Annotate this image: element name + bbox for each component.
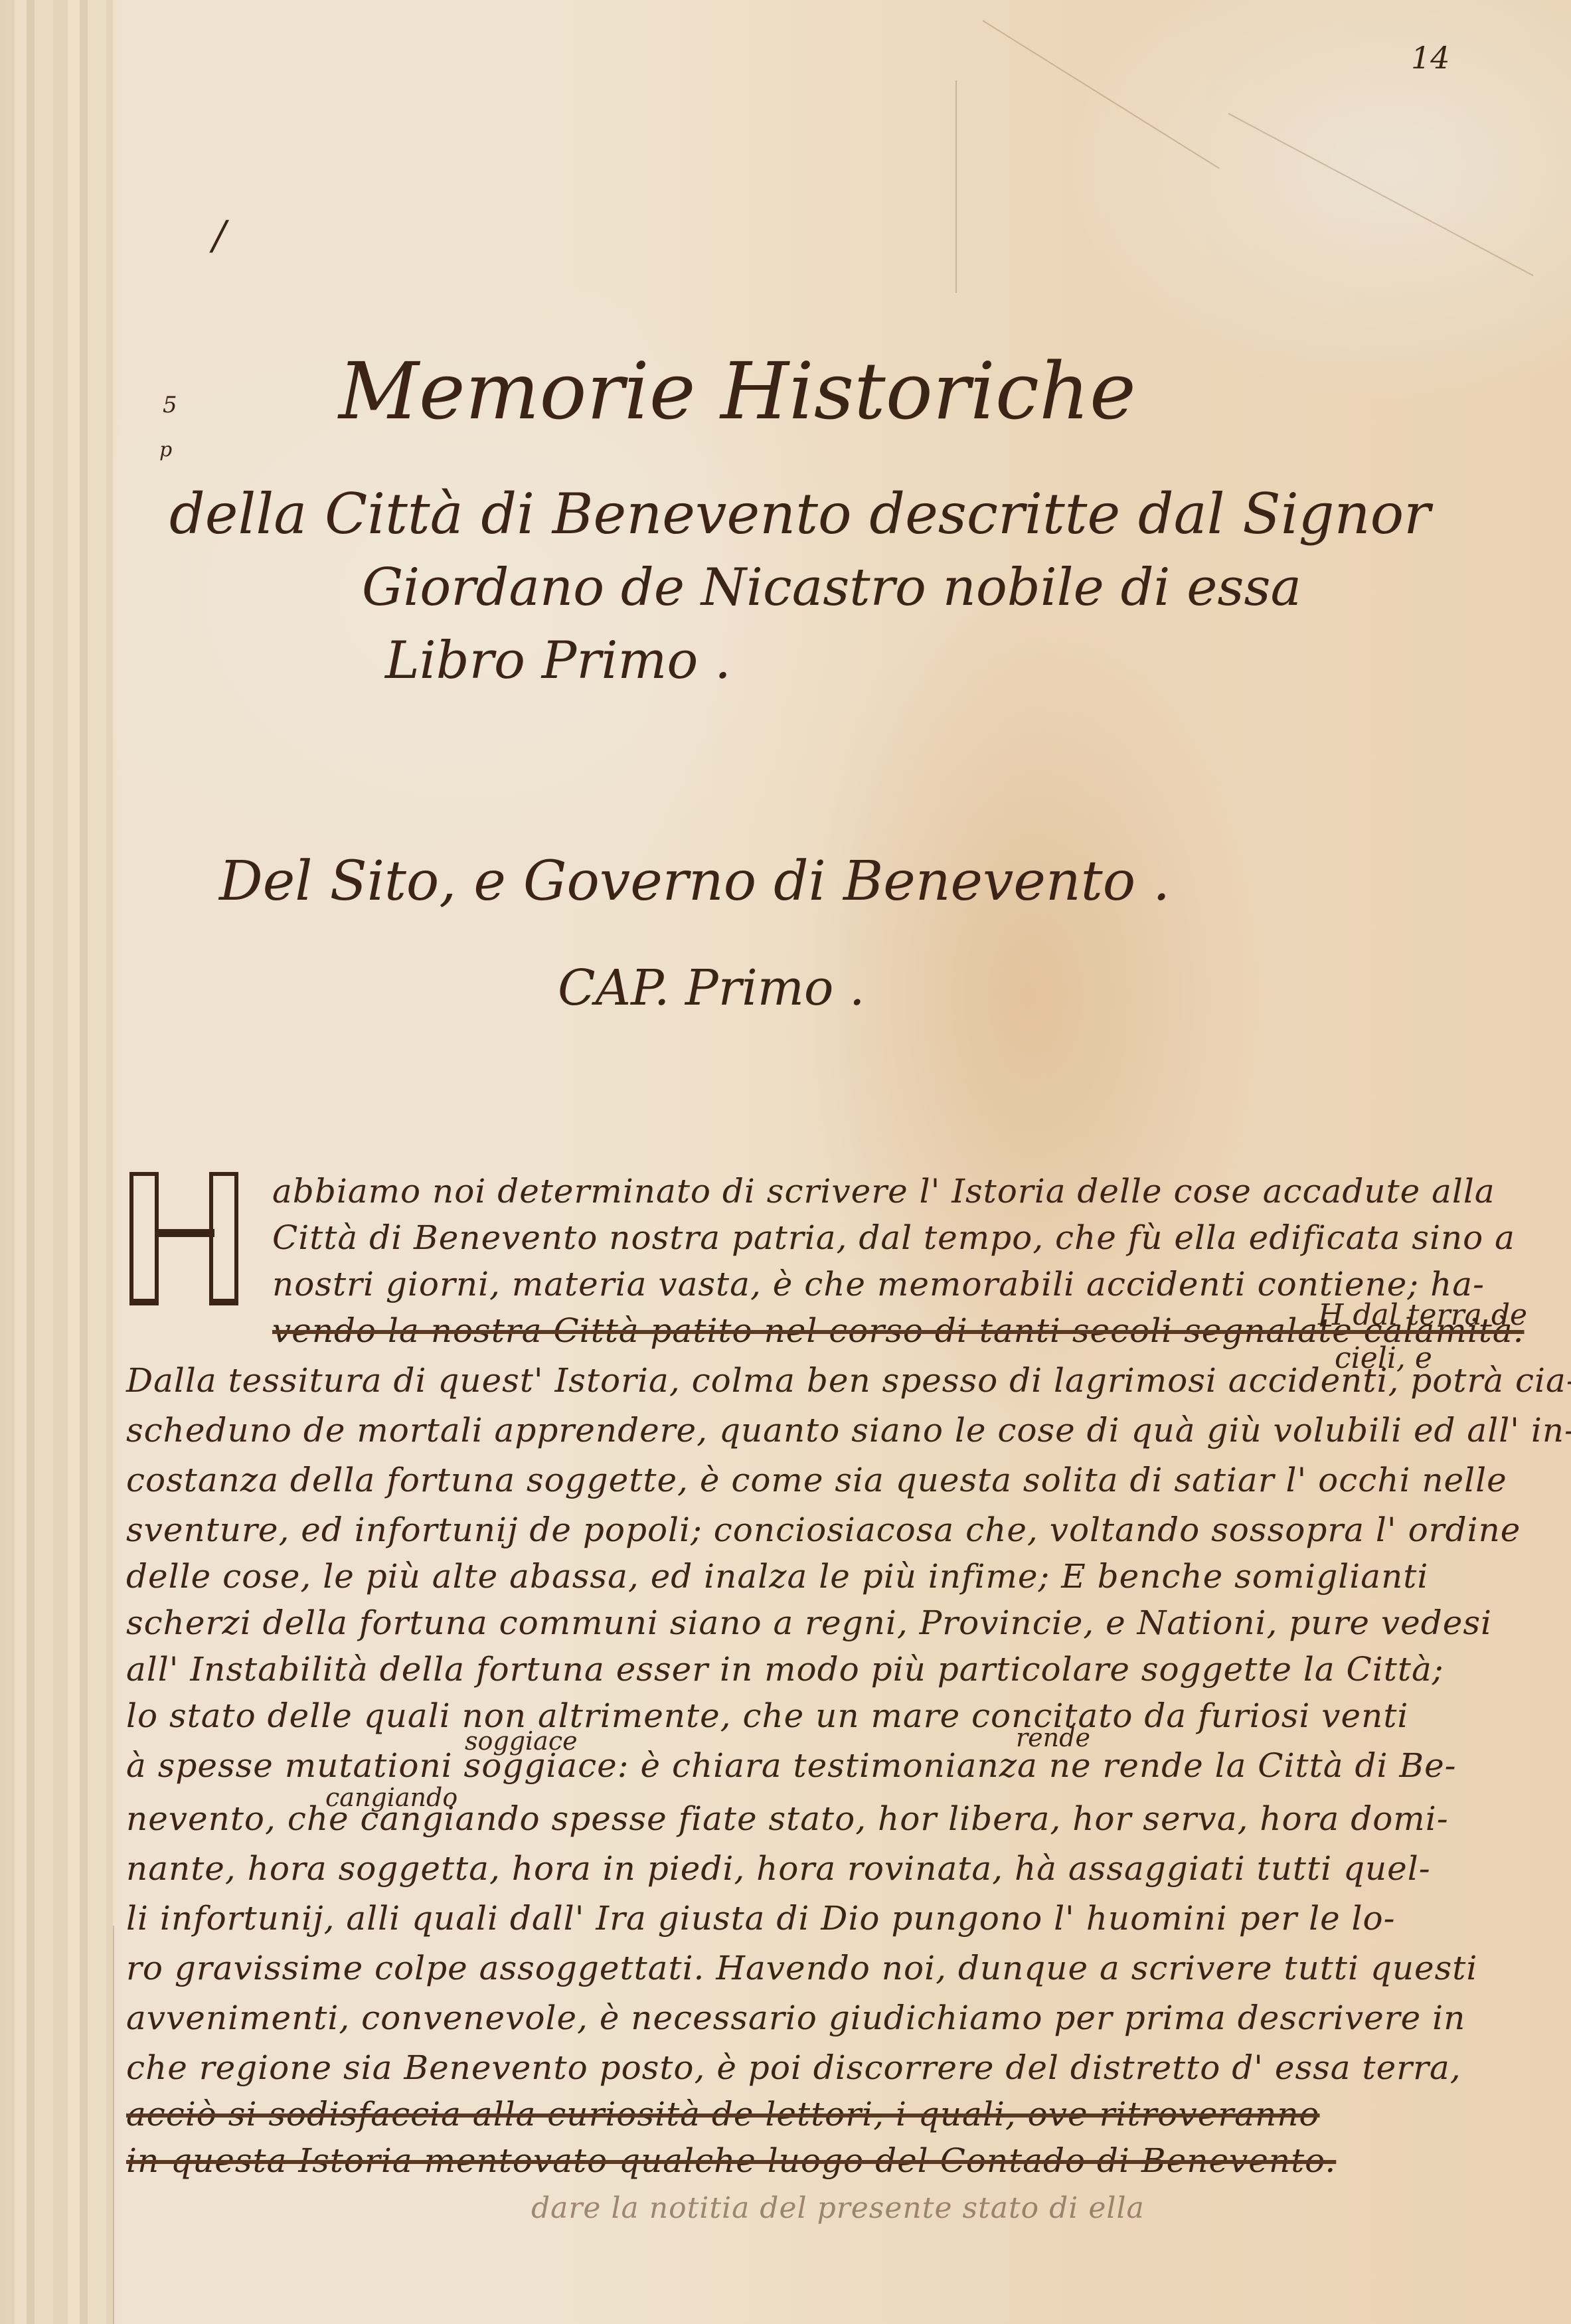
- body-line: all' Instabilità della fortuna esser in …: [126, 1650, 1444, 1689]
- body-line: nevento, che cangiando spesse fiate stat…: [126, 1799, 1449, 1838]
- torn-binding-edge: [0, 0, 113, 2324]
- decorated-initial-h: [129, 1172, 232, 1298]
- body-line-struck: in questa Istoria mentovato qualche luog…: [126, 2141, 1336, 2180]
- chapter-title: Del Sito, e Governo di Benevento .: [219, 850, 1170, 913]
- body-line: abbiamo noi determinato di scrivere l' I…: [272, 1172, 1495, 1210]
- paper-crack: [1228, 113, 1534, 276]
- body-line: avvenimenti, convenevole, è necessario g…: [126, 1999, 1465, 2037]
- body-line: lo stato delle quali non altrimente, che…: [126, 1697, 1408, 1735]
- margin-mark: p: [159, 438, 172, 461]
- book-heading: Libro Primo .: [385, 631, 731, 691]
- body-line: à spesse mutationi soggiace: è chiara te…: [126, 1746, 1457, 1785]
- manuscript-page: 14 / 5 p Memorie Historiche della Città …: [0, 0, 1571, 2324]
- marginal-note-line-1: H dal terra de: [1318, 1298, 1527, 1332]
- document-subtitle-line-2: Giordano de Nicastro nobile di essa: [362, 558, 1301, 618]
- body-line: delle cose, le più alte abassa, ed inalz…: [126, 1557, 1428, 1596]
- chapter-number: CAP. Primo .: [558, 959, 865, 1017]
- marginal-note-line-2: cieli, e: [1335, 1341, 1432, 1375]
- body-line: nante, hora soggetta, hora in piedi, hor…: [126, 1849, 1431, 1888]
- body-line: che regione sia Benevento posto, è poi d…: [126, 2048, 1461, 2087]
- body-line-struck: acciò si sodisfaccia alla curiosità de l…: [126, 2095, 1320, 2133]
- body-line: li infortunij, alli quali dall' Ira gius…: [126, 1899, 1396, 1938]
- paper-crack: [955, 80, 957, 293]
- paper-crack: [982, 20, 1219, 169]
- document-title: Memorie Historiche: [339, 345, 1136, 437]
- folio-number: 14: [1411, 40, 1450, 76]
- margin-mark: /: [212, 212, 226, 259]
- body-line: ro gravissime colpe assoggettati. Havend…: [126, 1949, 1477, 1987]
- margin-mark: 5: [163, 392, 177, 418]
- body-line: Città di Benevento nostra patria, dal te…: [272, 1218, 1515, 1257]
- body-line: sventure, ed infortunij de popoli; conci…: [126, 1511, 1521, 1549]
- body-line: scherzi della fortuna communi siano a re…: [126, 1604, 1492, 1642]
- document-subtitle-line-1: della Città di Benevento descritte dal S…: [169, 481, 1430, 546]
- body-line: costanza della fortuna soggette, è come …: [126, 1461, 1507, 1499]
- body-line: scheduno de mortali apprendere, quanto s…: [126, 1411, 1571, 1450]
- paper-fold: [113, 1926, 114, 2324]
- body-line-added: dare la notitia del presente stato di el…: [531, 2191, 1145, 2225]
- body-line: nostri giorni, materia vasta, è che memo…: [272, 1265, 1485, 1303]
